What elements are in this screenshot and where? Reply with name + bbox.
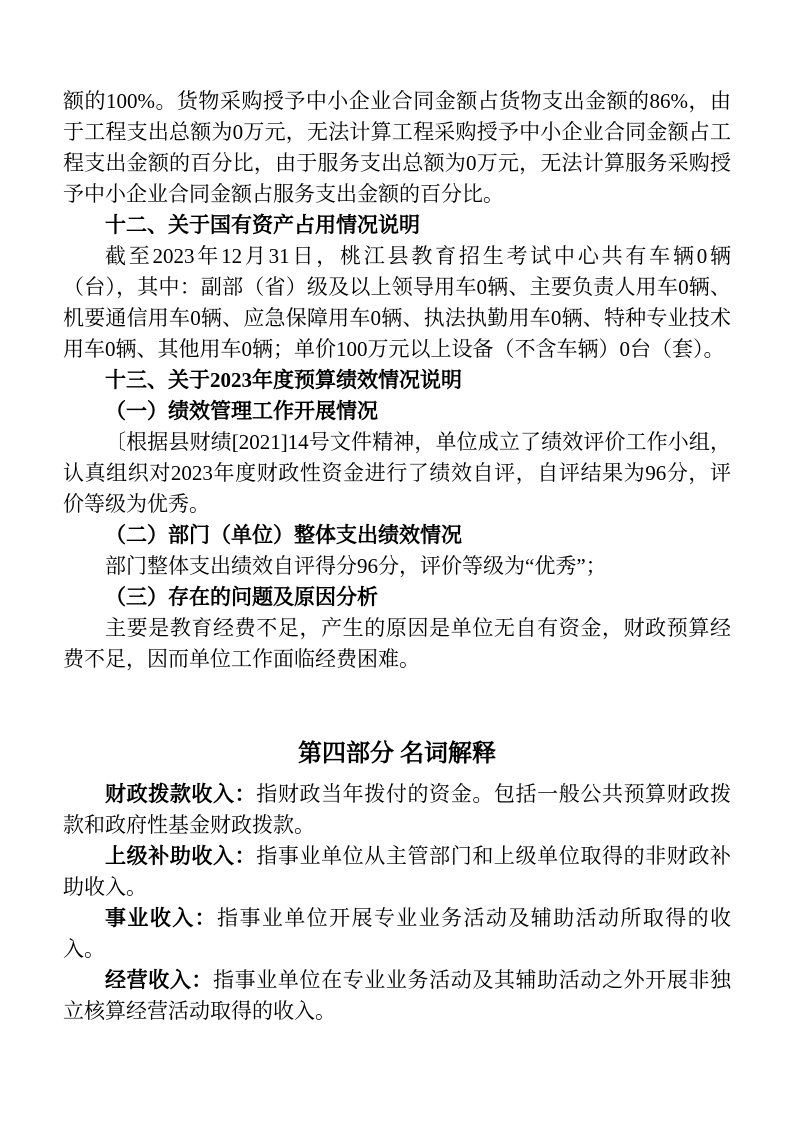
document-content: 额的100%。货物采购授予中小企业合同金额占货物支出金额的86%，由于工程支出总… [0, 0, 793, 1027]
definition-term: 上级补助收入： [105, 844, 256, 868]
definition-term: 经营收入： [105, 968, 213, 992]
document-page: 额的100%。货物采购授予中小企业合同金额占货物支出金额的86%，由于工程支出总… [0, 0, 793, 1122]
definition-operating-income: 经营收入：指事业单位在专业业务活动及其辅助活动之外开展非独立核算经营活动取得的收… [63, 965, 731, 1027]
part4-title-glossary: 第四部分 名词解释 [63, 737, 731, 771]
definition-fiscal-appropriation-income: 财政拨款收入：指财政当年拨付的资金。包括一般公共预算财政拨款和政府性基金财政拨款… [63, 779, 731, 841]
heading-section-12-state-assets: 十二、关于国有资产占用情况说明 [63, 210, 731, 241]
heading-13-2-overall-expenditure-performance: （二）部门（单位）整体支出绩效情况 [63, 520, 731, 551]
paragraph-state-assets: 截至2023年12月31日，桃江县教育招生考试中心共有车辆0辆（台），其中：副部… [63, 241, 731, 365]
definition-term: 财政拨款收入： [105, 782, 256, 806]
paragraph-procurement-continuation: 额的100%。货物采购授予中小企业合同金额占货物支出金额的86%，由于工程支出总… [63, 86, 731, 210]
definition-term: 事业收入： [105, 906, 217, 930]
heading-13-1-performance-management: （一）绩效管理工作开展情况 [63, 396, 731, 427]
paragraph-performance-management: 〔根据县财绩[2021]14号文件精神，单位成立了绩效评价工作小组，认真组织对2… [63, 427, 731, 520]
definition-institutional-income: 事业收入：指事业单位开展专业业务活动及辅助活动所取得的收入。 [63, 903, 731, 965]
heading-13-3-problems-and-causes: （三）存在的问题及原因分析 [63, 582, 731, 613]
paragraph-overall-expenditure-performance: 部门整体支出绩效自评得分96分，评价等级为“优秀”； [63, 551, 731, 582]
definition-superior-subsidy-income: 上级补助收入：指事业单位从主管部门和上级单位取得的非财政补助收入。 [63, 841, 731, 903]
paragraph-problems-and-causes: 主要是教育经费不足，产生的原因是单位无自有资金，财政预算经费不足，因而单位工作面… [63, 613, 731, 675]
heading-section-13-budget-performance: 十三、关于2023年度预算绩效情况说明 [63, 365, 731, 396]
